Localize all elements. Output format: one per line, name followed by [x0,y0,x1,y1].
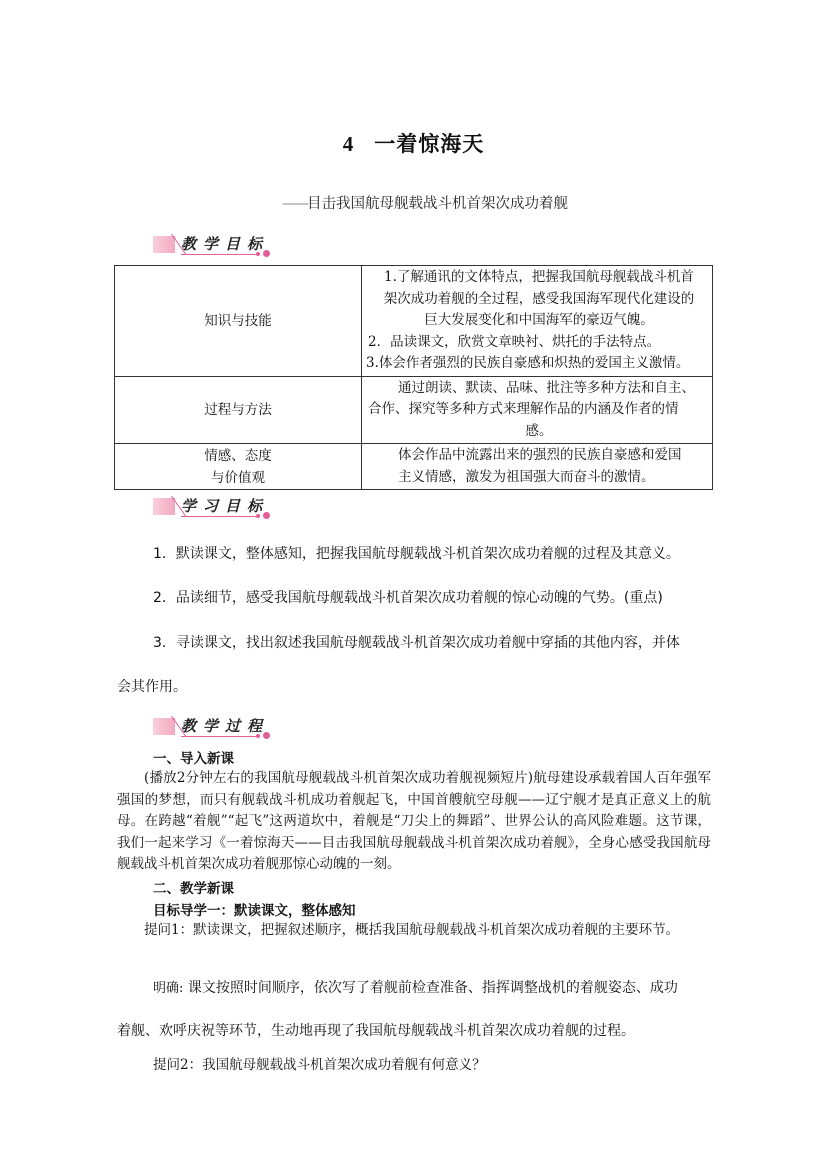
row-key: 过程与方法 [115,376,362,444]
badge-underline [181,736,259,737]
learning-objective-2: 2．品读细节，感受我国航母舰载战斗机首架次成功着舰的惊心动魄的气势。(重点) [153,587,663,607]
badge-decoration [153,498,175,515]
section-label: 学习目标 [181,495,269,516]
badge-decoration [153,236,175,253]
badge-decoration [153,718,175,735]
lesson-number: 4 [343,132,355,156]
badge-underline [181,516,259,517]
section-header-teaching-process: 教学过程 [153,712,271,742]
teaching-goals-table: 知识与技能 1.了解通讯的文体特点，把握我国航母舰载战斗机首 架次成功着舰的全过… [114,265,713,490]
table-row: 过程与方法 通过朗读、默读、品味、批注等多种方法和自主、 合作、探究等多种方式来… [115,376,713,444]
heading-intro: 一、导入新课 [153,747,234,767]
heading-new-lesson: 二、教学新课 [153,877,234,897]
text-line: 体会作品中流露出来的强烈的民族自豪感和爱国 [368,445,710,467]
text-line: 合作、探究等多种方式来理解作品的内涵及作者的情 [368,399,710,421]
answer-text: 课文按照时间顺序，依次写了着舰前检查准备、指挥调整战机的着舰姿态、成功 [188,980,678,996]
row-value: 通过朗读、默读、品味、批注等多种方法和自主、 合作、探究等多种方式来理解作品的内… [362,376,713,444]
subtitle: ——目击我国航母舰载战斗机首架次成功着舰 [282,192,568,213]
table-row: 知识与技能 1.了解通讯的文体特点，把握我国航母舰载战斗机首 架次成功着舰的全过… [115,266,713,377]
section-header-learning-goals: 学习目标 [153,492,271,522]
question-2: 提问2：我国航母舰载战斗机首架次成功着舰有何意义？ [153,1053,486,1073]
text-line: 巨大发展变化和中国海军的豪迈气魄。 [368,310,710,332]
row-key-line: 与价值观 [115,467,361,489]
learning-objective-3-cont: 会其作用。 [117,676,187,696]
text-line: 主义情感，激发为祖国强大而奋斗的激情。 [368,467,710,489]
lesson-title: 一着惊海天 [374,132,484,156]
section-header-teaching-goals: 教学目标 [153,230,271,260]
row-key-line: 情感、态度 [115,445,361,467]
learning-objective-1: 1．默读课文，整体感知，把握我国航母舰载战斗机首架次成功着舰的过程及其意义。 [153,543,680,563]
question-1: 提问1：默读课文，把握叙述顺序，概括我国航母舰载战斗机首架次成功着舰的主要环节。 [117,920,711,942]
subtitle-text: 目击我国航母舰载战斗机首架次成功着舰 [307,196,568,212]
section-label: 教学目标 [181,233,269,254]
answer-1-line-1: 明确: 课文按照时间顺序，依次写了着舰前检查准备、指挥调整战机的着舰姿态、成功 [153,977,678,997]
intro-paragraph: (播放2分钟左右的我国航母舰载战斗机首架次成功着舰视频短片)航母建设承载着国人百… [117,768,711,876]
text-line: 3.体会作者强烈的民族自豪感和炽热的爱国主义激情。 [366,353,710,375]
row-value: 体会作品中流露出来的强烈的民族自豪感和爱国 主义情感，激发为祖国强大而奋斗的激情… [362,444,713,490]
answer-1-line-2: 着舰、欢呼庆祝等环节，生动地再现了我国航母舰载战斗机首架次成功着舰的过程。 [117,1020,635,1040]
text-line: 2．品读课文，欣赏文章映衬、烘托的手法特点。 [368,332,710,354]
heading-goal-1: 目标导学一：默读课文，整体感知 [153,899,356,919]
row-key: 知识与技能 [115,266,362,377]
row-value: 1.了解通讯的文体特点，把握我国航母舰载战斗机首 架次成功着舰的全过程，感受我国… [362,266,713,377]
learning-objective-3: 3．寻读课文，找出叙述我国航母舰载战斗机首架次成功着舰中穿插的其他内容，并体 [153,632,680,652]
text-line: 通过朗读、默读、品味、批注等多种方法和自主、 [368,378,710,400]
text-line: 感。 [368,421,710,443]
text-line: 架次成功着舰的全过程，感受我国海军现代化建设的 [368,289,710,311]
subtitle-dash: —— [282,196,307,212]
text-line: 1.了解通讯的文体特点，把握我国航母舰载战斗机首 [368,267,710,289]
row-key: 情感、态度 与价值观 [115,444,362,490]
page-title: 4一着惊海天 [0,128,827,158]
badge-underline [181,254,259,255]
answer-prefix: 明确: [153,981,183,996]
table-row: 情感、态度 与价值观 体会作品中流露出来的强烈的民族自豪感和爱国 主义情感，激发… [115,444,713,490]
section-label: 教学过程 [181,715,269,736]
